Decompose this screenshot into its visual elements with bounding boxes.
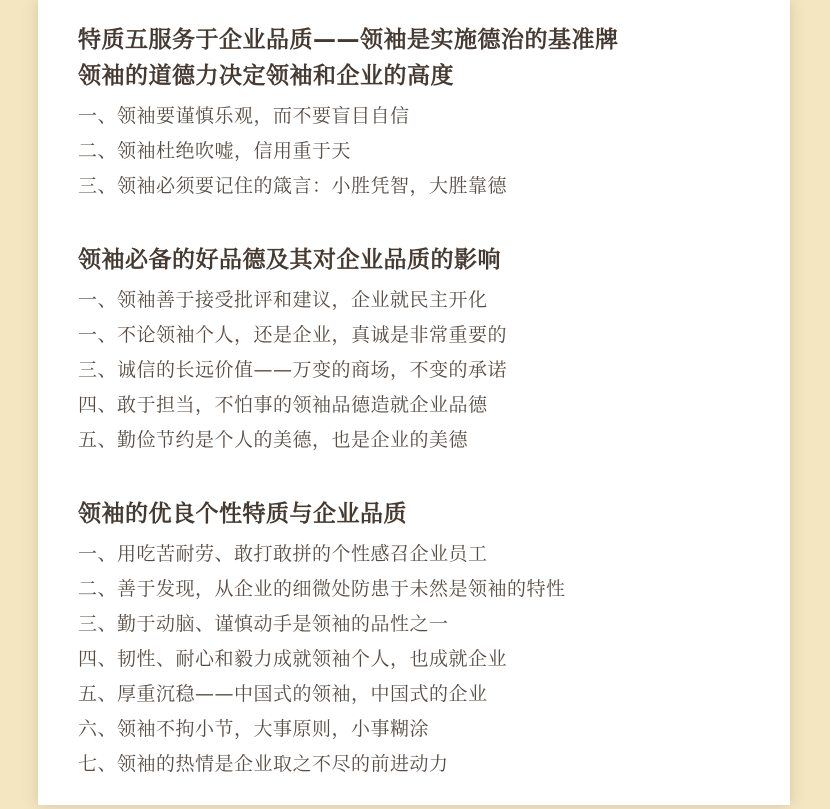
list-item: 三、领袖必须要记住的箴言：小胜凭智，大胜靠德 [78,169,750,204]
section-personality-traits: 领袖的优良个性特质与企业品质 一、用吃苦耐劳、敢打敢拼的个性感召企业员工 二、善… [78,496,750,782]
section-good-virtues: 领袖必备的好品德及其对企业品质的影响 一、领袖善于接受批评和建议，企业就民主开化… [78,242,750,458]
list-item: 五、勤俭节约是个人的美德，也是企业的美德 [78,423,750,458]
list-item: 二、领袖杜绝吹嘘，信用重于天 [78,134,750,169]
list-item: 三、诚信的长远价值——万变的商场，不变的承诺 [78,353,750,388]
list-item: 六、领袖不拘小节，大事原则，小事糊涂 [78,712,750,747]
section-heading-line: 领袖的优良个性特质与企业品质 [78,496,750,532]
list-item: 四、韧性、耐心和毅力成就领袖个人，也成就企业 [78,642,750,677]
section-heading: 特质五服务于企业品质——领袖是实施德治的基准牌 领袖的道德力决定领袖和企业的高度 [78,22,750,94]
list-item: 二、善于发现，从企业的细微处防患于未然是领袖的特性 [78,572,750,607]
list-item: 三、勤于动脑、谨慎动手是领袖的品性之一 [78,607,750,642]
section-heading-line: 特质五服务于企业品质——领袖是实施德治的基准牌 [78,22,750,58]
item-list: 一、用吃苦耐劳、敢打敢拼的个性感召企业员工 二、善于发现，从企业的细微处防患于未… [78,537,750,782]
item-list: 一、领袖要谨慎乐观，而不要盲目自信 二、领袖杜绝吹嘘，信用重于天 三、领袖必须要… [78,99,750,204]
section-heading: 领袖的优良个性特质与企业品质 [78,496,750,532]
list-item: 一、领袖要谨慎乐观，而不要盲目自信 [78,99,750,134]
list-item: 一、用吃苦耐劳、敢打敢拼的个性感召企业员工 [78,537,750,572]
section-heading: 领袖必备的好品德及其对企业品质的影响 [78,242,750,278]
list-item: 一、领袖善于接受批评和建议，企业就民主开化 [78,283,750,318]
list-item: 四、敢于担当，不怕事的领袖品德造就企业品德 [78,388,750,423]
section-leader-morality: 特质五服务于企业品质——领袖是实施德治的基准牌 领袖的道德力决定领袖和企业的高度… [78,22,750,204]
list-item: 一、不论领袖个人，还是企业，真诚是非常重要的 [78,318,750,353]
section-heading-line: 领袖必备的好品德及其对企业品质的影响 [78,242,750,278]
section-heading-line: 领袖的道德力决定领袖和企业的高度 [78,58,750,94]
item-list: 一、领袖善于接受批评和建议，企业就民主开化 一、不论领袖个人，还是企业，真诚是非… [78,283,750,458]
content-card: 特质五服务于企业品质——领袖是实施德治的基准牌 领袖的道德力决定领袖和企业的高度… [38,0,790,805]
list-item: 五、厚重沉稳——中国式的领袖，中国式的企业 [78,677,750,712]
list-item: 七、领袖的热情是企业取之不尽的前进动力 [78,747,750,782]
